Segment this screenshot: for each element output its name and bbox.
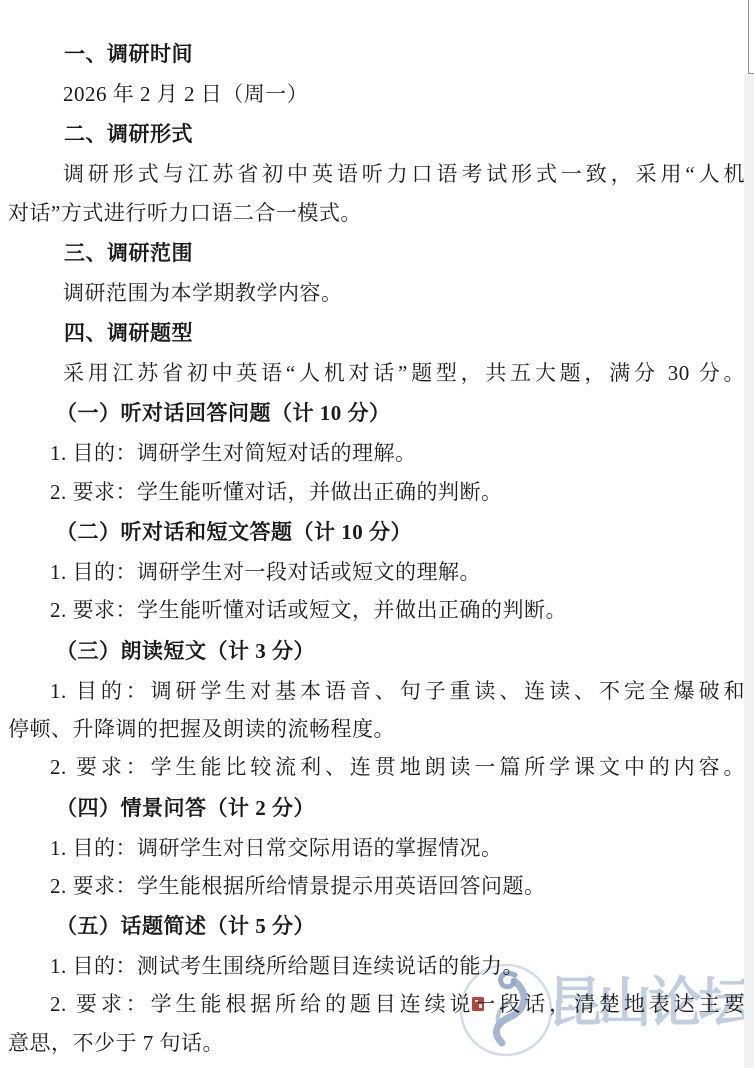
list-item-line: 1. 目的：调研学生对日常交际用语的掌握情况。 [8, 829, 745, 867]
paragraph-line: 调研形式与江苏省初中英语听力口语考试形式一致，采用“人机 [8, 155, 745, 193]
sub-heading: （三）朗读短文（计 3 分） [8, 630, 745, 672]
sub-heading: （一）听对话回答问题（计 10 分） [8, 392, 745, 434]
section-heading: 一、调研时间 [8, 33, 745, 75]
list-item-line: 2. 要求：学生能听懂对话，并做出正确的判断。 [8, 473, 745, 511]
sub-heading: （四）情景问答（计 2 分） [8, 787, 745, 829]
scrollbar-thumb[interactable] [748, 0, 754, 74]
list-item-line: 2. 要求：学生能比较流利、连贯地朗读一篇所学课文中的内容。 [8, 748, 745, 786]
section-heading: 二、调研形式 [8, 113, 745, 155]
list-item-line: 2. 要求：学生能听懂对话或短文，并做出正确的判断。 [8, 591, 745, 629]
list-item-line: 1. 目的：调研学生对基本语音、句子重读、连读、不完全爆破和 [8, 672, 745, 710]
paragraph-continuation-line: 对话”方式进行听力口语二合一模式。 [8, 194, 745, 232]
paragraph-continuation-line: 停顿、升降调的把握及朗读的流畅程度。 [8, 710, 745, 748]
sub-heading: （五）话题简述（计 5 分） [8, 905, 745, 947]
list-item-line: 1. 目的：调研学生对一段对话或短文的理解。 [8, 553, 745, 591]
paragraph-line: 采用江苏省初中英语“人机对话”题型，共五大题，满分 30 分。 [8, 354, 745, 392]
document-content: 一、调研时间2026 年 2 月 2 日（周一）二、调研形式调研形式与江苏省初中… [0, 33, 754, 1062]
list-item-line: 1. 目的：测试考生围绕所给题目连续说话的能力。 [8, 947, 745, 985]
paragraph-line: 调研范围为本学期教学内容。 [8, 274, 745, 312]
section-heading: 四、调研题型 [8, 312, 745, 354]
sub-heading: （二）听对话和短文答题（计 10 分） [8, 511, 745, 553]
list-item-line: 2. 要求：学生能根据所给情景提示用英语回答问题。 [8, 867, 745, 905]
list-item-line: 1. 目的：调研学生对简短对话的理解。 [8, 434, 745, 472]
paragraph-line: 2026 年 2 月 2 日（周一） [8, 75, 745, 113]
list-item-line: 2. 要求：学生能根据所给的题目连续说一段话，清楚地表达主要 [8, 985, 745, 1023]
section-heading: 三、调研范围 [8, 232, 745, 274]
scrollbar-track[interactable] [744, 74, 754, 1068]
document-page: 昆山论坛 一、调研时间2026 年 2 月 2 日（周一）二、调研形式调研形式与… [0, 0, 754, 1068]
paragraph-continuation-line: 意思，不少于 7 句话。 [8, 1024, 745, 1062]
